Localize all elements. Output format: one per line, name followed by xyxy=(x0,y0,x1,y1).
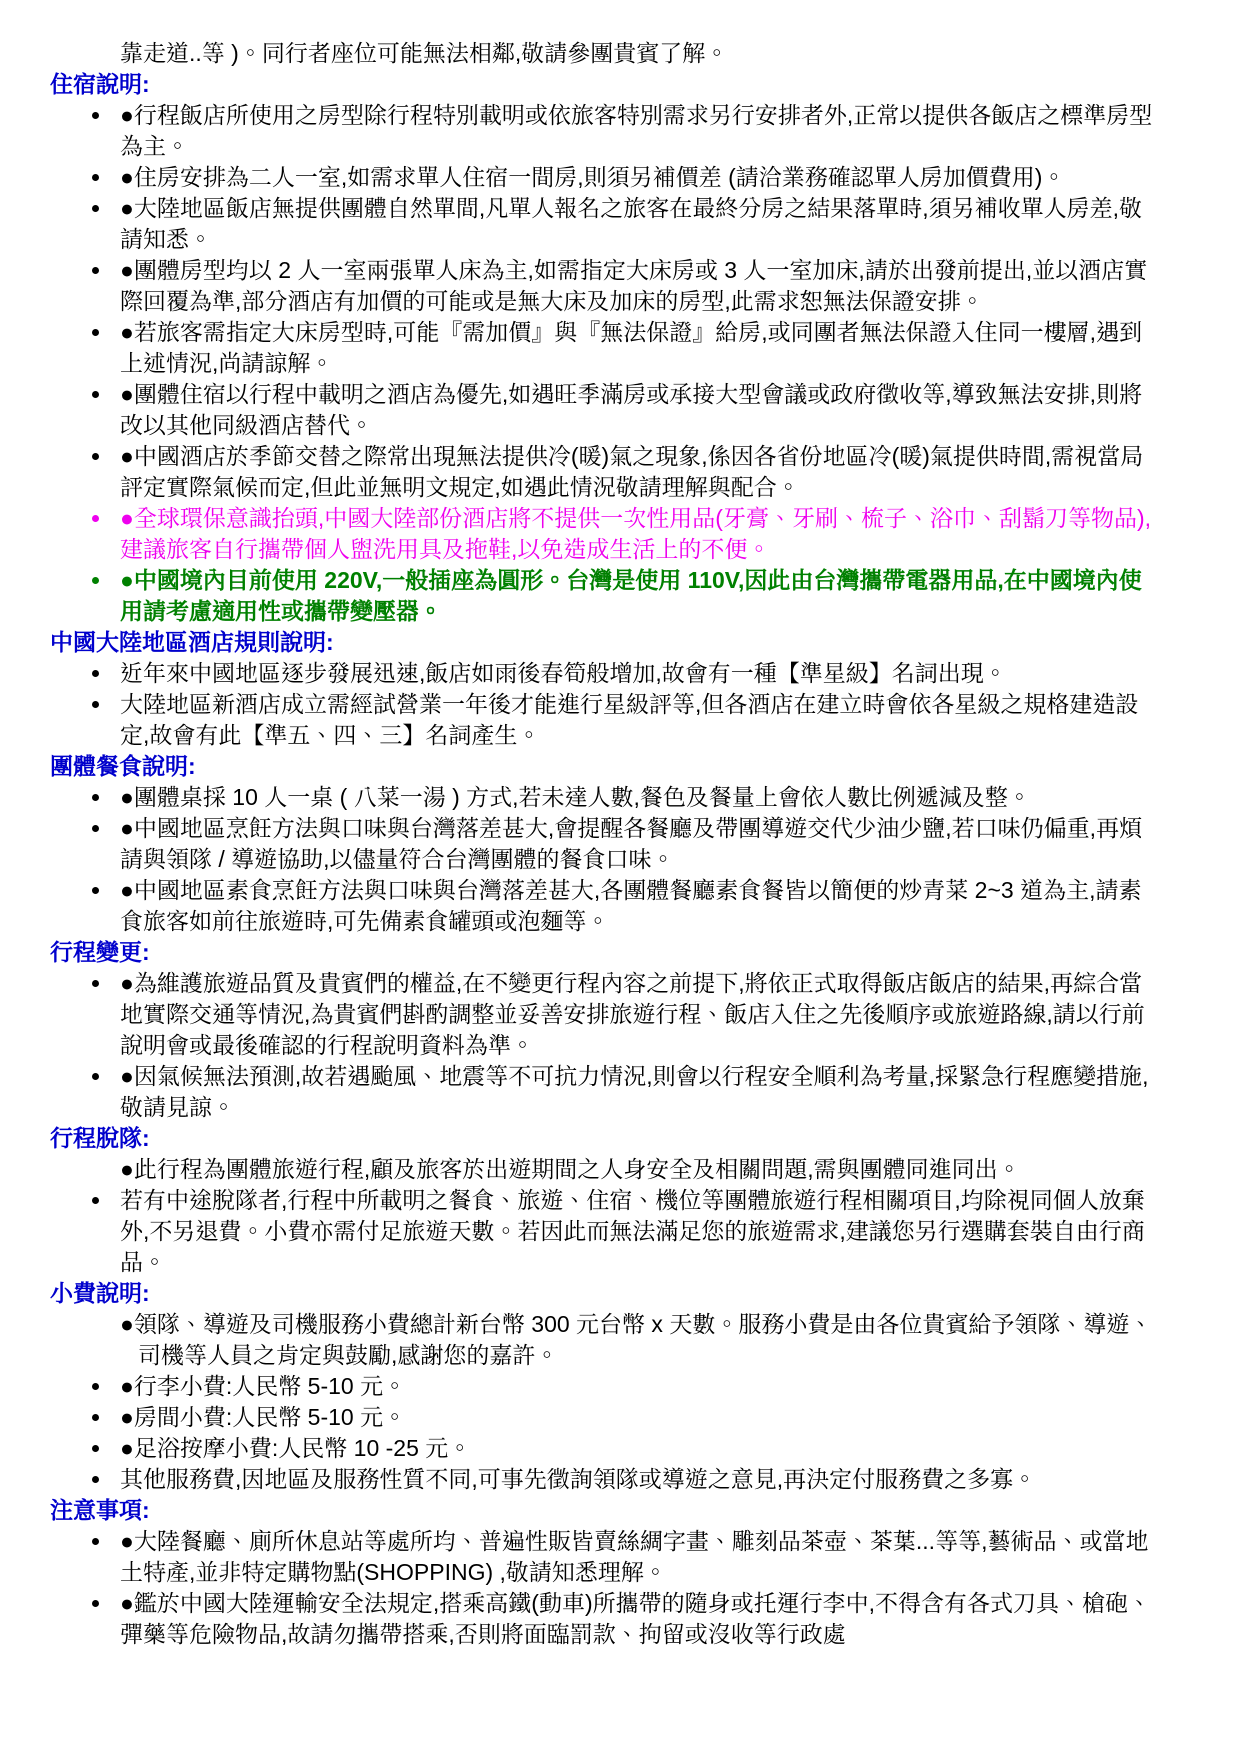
section-list: ●此行程為團體旅遊行程,顧及旅客於出遊期間之人身安全及相關問題,需與團體同進同出… xyxy=(50,1154,1155,1278)
list-item: ●大陸地區飯店無提供團體自然單間,凡單人報名之旅客在最終分房之結果落單時,須另補… xyxy=(120,193,1155,255)
section-heading: 住宿說明: xyxy=(50,69,1155,100)
list-item: ●足浴按摩小費:人民幣 10 -25 元。 xyxy=(120,1433,1155,1464)
document-page: 靠走道..等 )。同行者座位可能無法相鄰,敬請參團貴賓了解。 住宿說明: ●行程… xyxy=(0,0,1241,1650)
section: 團體餐食說明: ●團體桌採 10 人一桌 ( 八菜一湯 ) 方式,若未達人數,餐… xyxy=(50,751,1155,937)
list-item: ●若旅客需指定大床房型時,可能『需加價』與『無法保證』給房,或同團者無法保證入住… xyxy=(120,317,1155,379)
list-item: ●中國境內目前使用 220V,一般插座為圓形。台灣是使用 110V,因此由台灣攜… xyxy=(120,565,1155,627)
section-heading: 注意事項: xyxy=(50,1495,1155,1526)
list-item: ●團體桌採 10 人一桌 ( 八菜一湯 ) 方式,若未達人數,餐色及餐量上會依人… xyxy=(120,782,1155,813)
list-item: ●房間小費:人民幣 5-10 元。 xyxy=(120,1402,1155,1433)
section-heading: 中國大陸地區酒店規則說明: xyxy=(50,627,1155,658)
list-item: ●團體房型均以 2 人一室兩張單人床為主,如需指定大床房或 3 人一室加床,請於… xyxy=(120,255,1155,317)
list-item: ●全球環保意識抬頭,中國大陸部份酒店將不提供一次性用品(牙膏、牙刷、梳子、浴巾、… xyxy=(120,503,1155,565)
list-item: 其他服務費,因地區及服務性質不同,可事先徵詢領隊或導遊之意見,再決定付服務費之多… xyxy=(120,1464,1155,1495)
section-heading: 團體餐食說明: xyxy=(50,751,1155,782)
intro-line: 靠走道..等 )。同行者座位可能無法相鄰,敬請參團貴賓了解。 xyxy=(120,38,1155,69)
list-item: ●鑑於中國大陸運輸安全法規定,搭乘高鐵(動車)所攜帶的隨身或托運行李中,不得含有… xyxy=(120,1588,1155,1650)
section: 行程變更: ●為維護旅遊品質及貴賓們的權益,在不變更行程內容之前提下,將依正式取… xyxy=(50,937,1155,1123)
list-item: ●領隊、導遊及司機服務小費總計新台幣 300 元台幣 x 天數。服務小費是由各位… xyxy=(120,1309,1155,1371)
list-item: 大陸地區新酒店成立需經試營業一年後才能進行星級評等,但各酒店在建立時會依各星級之… xyxy=(120,689,1155,751)
list-item: ●行李小費:人民幣 5-10 元。 xyxy=(120,1371,1155,1402)
list-item: 近年來中國地區逐步發展迅速,飯店如雨後春筍般增加,故會有一種【準星級】名詞出現。 xyxy=(120,658,1155,689)
list-item: ●為維護旅遊品質及貴賓們的權益,在不變更行程內容之前提下,將依正式取得飯店飯店的… xyxy=(120,968,1155,1061)
list-item: ●住房安排為二人一室,如需求單人住宿一間房,則須另補價差 (請洽業務確認單人房加… xyxy=(120,162,1155,193)
list-item: ●因氣候無法預測,故若遇颱風、地震等不可抗力情況,則會以行程安全順利為考量,採緊… xyxy=(120,1061,1155,1123)
list-item: ●團體住宿以行程中載明之酒店為優先,如遇旺季滿房或承接大型會議或政府徵收等,導致… xyxy=(120,379,1155,441)
section: 中國大陸地區酒店規則說明: 近年來中國地區逐步發展迅速,飯店如雨後春筍般增加,故… xyxy=(50,627,1155,751)
section-heading: 行程變更: xyxy=(50,937,1155,968)
sections: 住宿說明: ●行程飯店所使用之房型除行程特別載明或依旅客特別需求另行安排者外,正… xyxy=(50,69,1155,1650)
list-item: 若有中途脫隊者,行程中所載明之餐食、旅遊、住宿、機位等團體旅遊行程相關項目,均除… xyxy=(120,1185,1155,1278)
section-list: ●大陸餐廳、廁所休息站等處所均、普遍性販皆賣絲綢字畫、雕刻品茶壺、茶葉...等等… xyxy=(50,1526,1155,1650)
list-item: ●中國地區烹飪方法與口味與台灣落差甚大,會提醒各餐廳及帶團導遊交代少油少鹽,若口… xyxy=(120,813,1155,875)
section: 小費說明: ●領隊、導遊及司機服務小費總計新台幣 300 元台幣 x 天數。服務… xyxy=(50,1278,1155,1495)
section: 行程脫隊: ●此行程為團體旅遊行程,顧及旅客於出遊期間之人身安全及相關問題,需與… xyxy=(50,1123,1155,1278)
list-item: ●大陸餐廳、廁所休息站等處所均、普遍性販皆賣絲綢字畫、雕刻品茶壺、茶葉...等等… xyxy=(120,1526,1155,1588)
list-item: ●中國酒店於季節交替之際常出現無法提供冷(暖)氣之現象,係因各省份地區冷(暖)氣… xyxy=(120,441,1155,503)
section-heading: 小費說明: xyxy=(50,1278,1155,1309)
section-list: ●行程飯店所使用之房型除行程特別載明或依旅客特別需求另行安排者外,正常以提供各飯… xyxy=(50,100,1155,627)
section-list: ●團體桌採 10 人一桌 ( 八菜一湯 ) 方式,若未達人數,餐色及餐量上會依人… xyxy=(50,782,1155,937)
section-list: ●為維護旅遊品質及貴賓們的權益,在不變更行程內容之前提下,將依正式取得飯店飯店的… xyxy=(50,968,1155,1123)
section-list: 近年來中國地區逐步發展迅速,飯店如雨後春筍般增加,故會有一種【準星級】名詞出現。… xyxy=(50,658,1155,751)
list-item: ●中國地區素食烹飪方法與口味與台灣落差甚大,各團體餐廳素食餐皆以簡便的炒青菜 2… xyxy=(120,875,1155,937)
section-heading: 行程脫隊: xyxy=(50,1123,1155,1154)
section-list: ●領隊、導遊及司機服務小費總計新台幣 300 元台幣 x 天數。服務小費是由各位… xyxy=(50,1309,1155,1495)
list-item: ●此行程為團體旅遊行程,顧及旅客於出遊期間之人身安全及相關問題,需與團體同進同出… xyxy=(120,1154,1155,1185)
section: 注意事項: ●大陸餐廳、廁所休息站等處所均、普遍性販皆賣絲綢字畫、雕刻品茶壺、茶… xyxy=(50,1495,1155,1650)
section: 住宿說明: ●行程飯店所使用之房型除行程特別載明或依旅客特別需求另行安排者外,正… xyxy=(50,69,1155,627)
list-item: ●行程飯店所使用之房型除行程特別載明或依旅客特別需求另行安排者外,正常以提供各飯… xyxy=(120,100,1155,162)
